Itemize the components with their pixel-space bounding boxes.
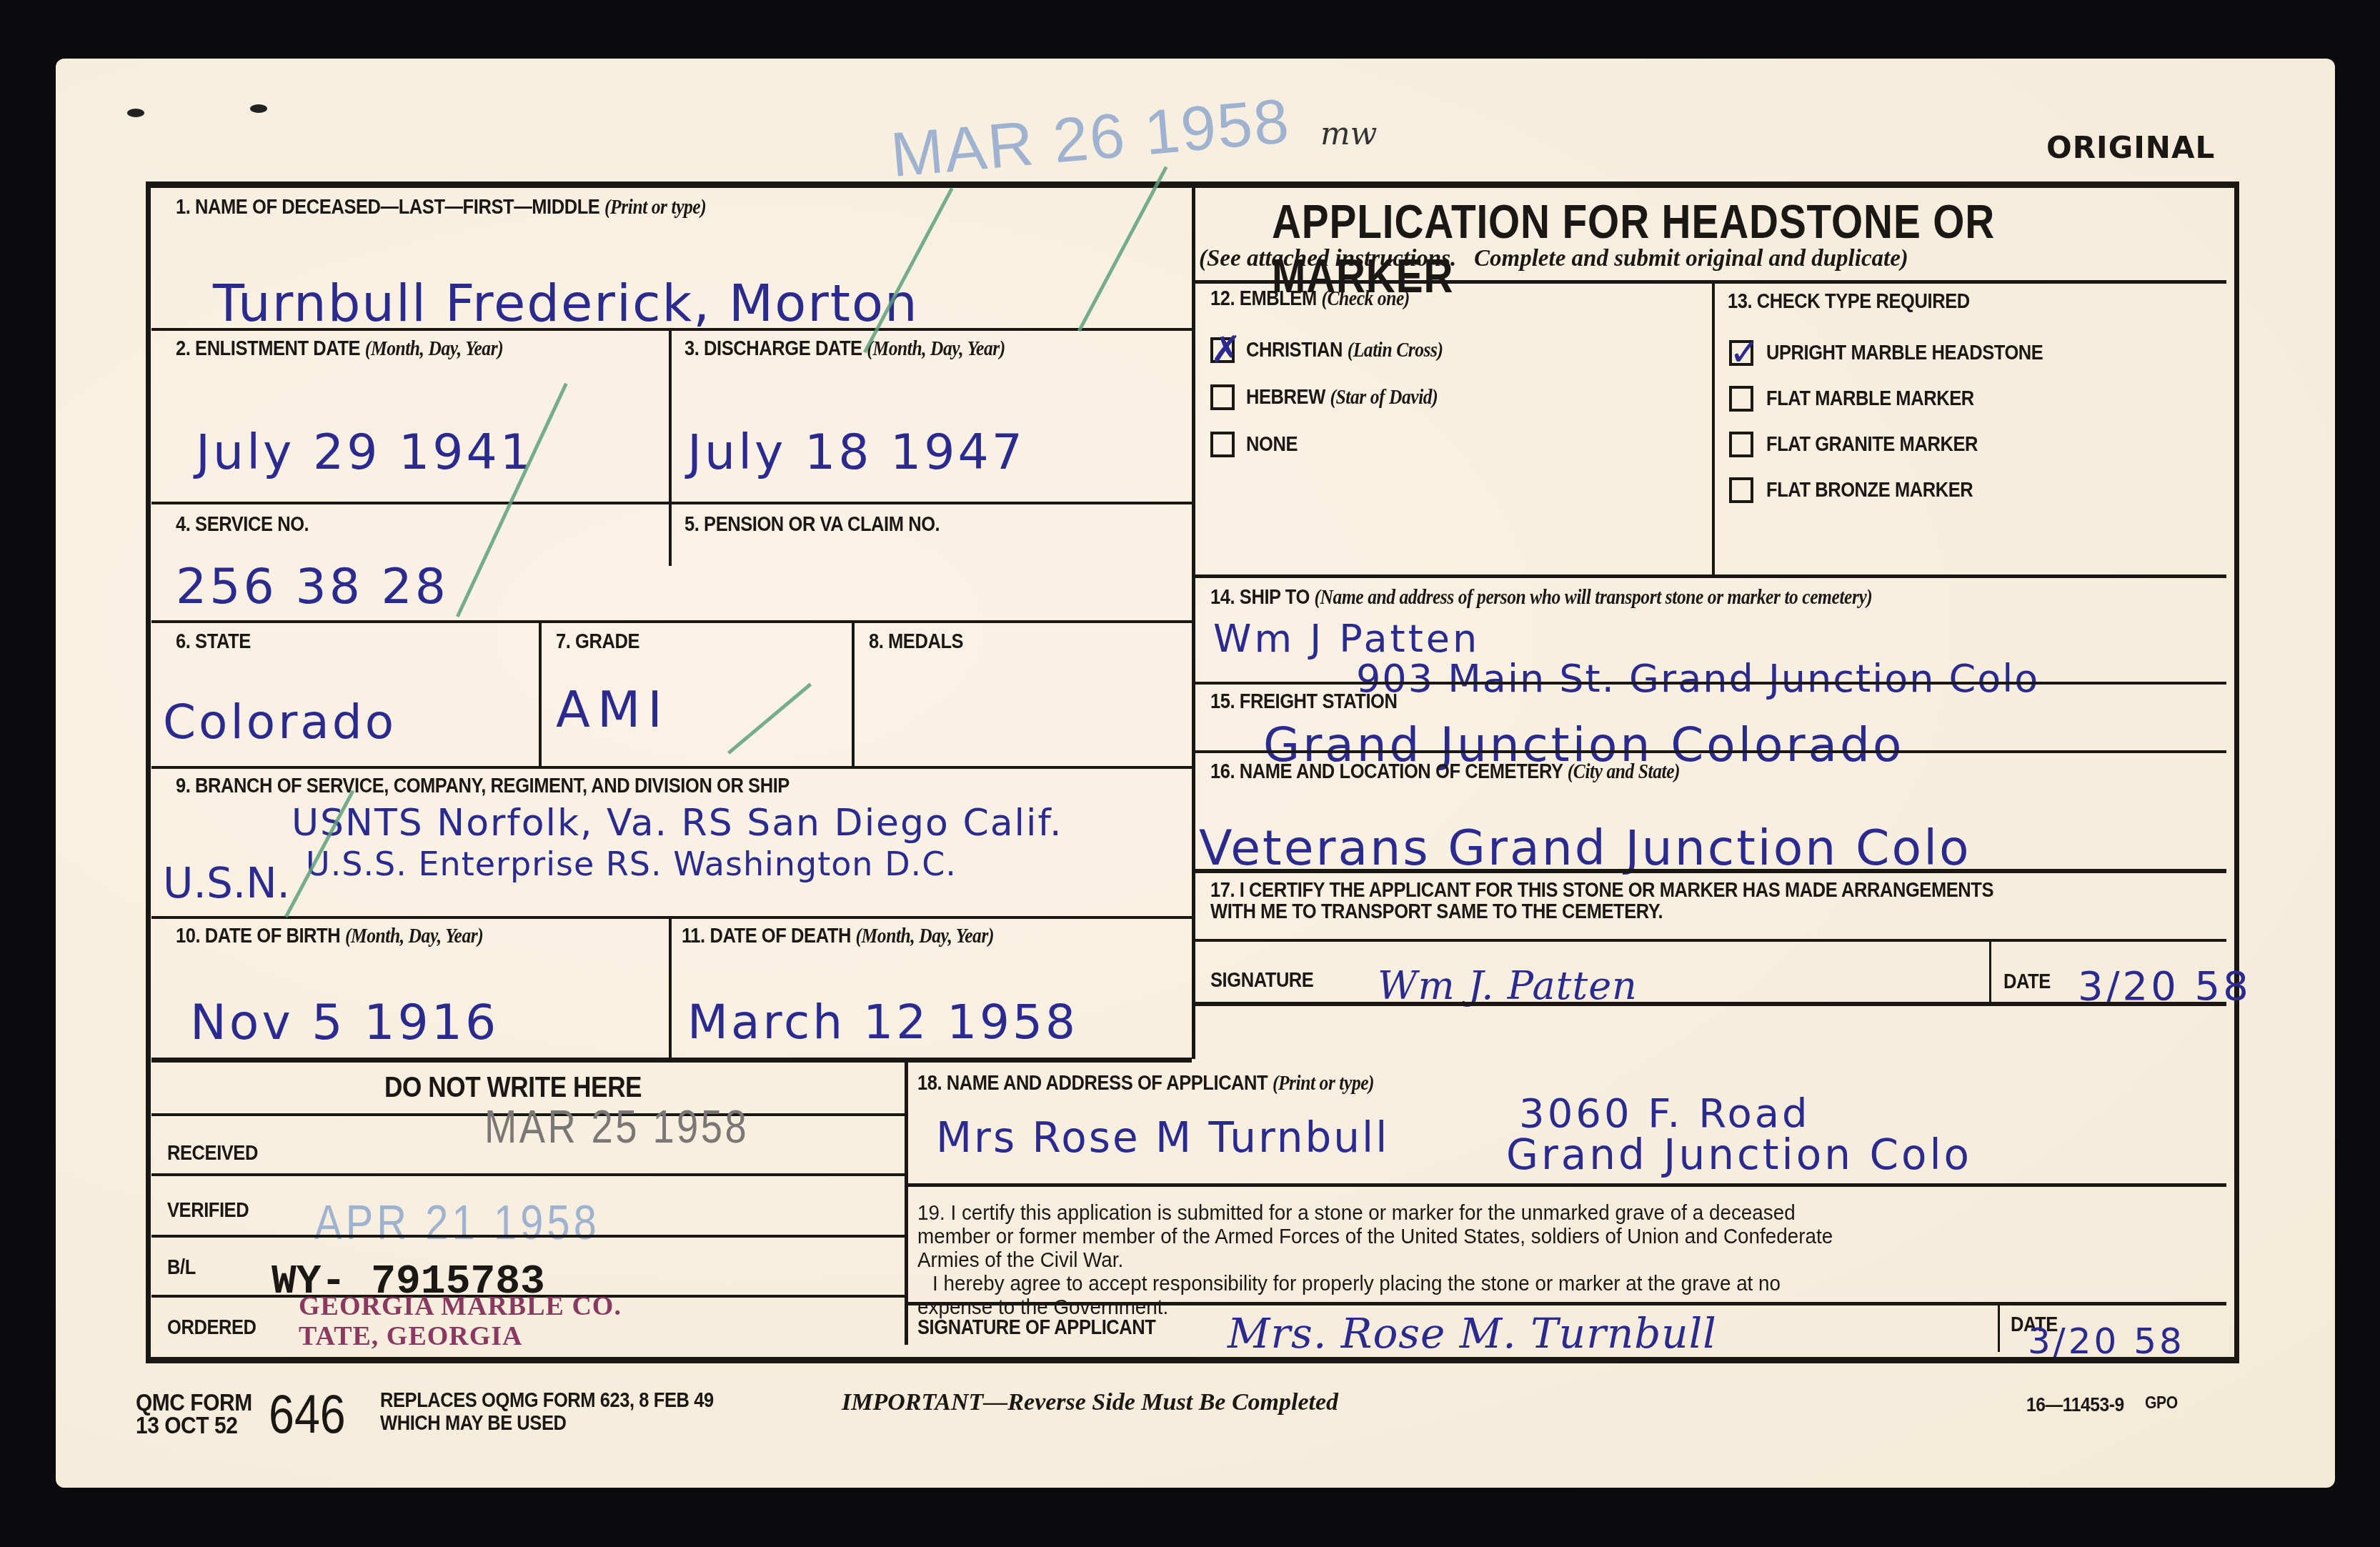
field-5-label: 5. PENSION OR VA CLAIM NO. [684, 513, 940, 537]
transporter-date-label: DATE [2003, 970, 2051, 994]
field-3-label: 3. DISCHARGE DATE (Month, Day, Year) [684, 337, 1005, 361]
form-number: 646 [269, 1383, 346, 1446]
branch-value-line-2: U.S.S. Enterprise RS. Washington D.C. [306, 845, 957, 883]
upright-marble-checkbox[interactable]: ✓ [1729, 340, 1753, 366]
field-7-label: 7. GRADE [556, 630, 639, 654]
field-4-label: 4. SERVICE NO. [176, 513, 309, 537]
applicant-date-value: 3/20 58 [2028, 1320, 2185, 1362]
form-code-line-2: 13 OCT 52 [136, 1412, 237, 1440]
verified-label: VERIFIED [167, 1199, 249, 1223]
printer-code: GPO [2145, 1393, 2178, 1413]
ordered-stamp-line-2: TATE, GEORGIA [299, 1320, 523, 1352]
state-value: Colorado [163, 695, 397, 750]
received-date-stamp: MAR 25 1958 [484, 1100, 749, 1153]
flat-bronze-checkbox[interactable] [1729, 477, 1753, 503]
form-subtitle: (See attached instructions. Complete and… [1199, 246, 1908, 272]
check-mark-icon: ✓ [1729, 334, 1761, 372]
branch-value-prefix: U.S.N. [163, 859, 290, 907]
ordered-label: ORDERED [167, 1316, 257, 1340]
ship-to-address-value: 903 Main St. Grand Junction Colo [1356, 656, 2039, 701]
field-18-label: 18. NAME AND ADDRESS OF APPLICANT (Print… [917, 1072, 1374, 1095]
field-2-label: 2. ENLISTMENT DATE (Month, Day, Year) [176, 337, 503, 361]
field-12-label: 12. EMBLEM (Check one) [1210, 287, 1410, 311]
flat-marble-checkbox[interactable] [1729, 386, 1753, 412]
ship-to-name-value: Wm J Patten [1213, 616, 1480, 661]
applicant-signature-label: SIGNATURE OF APPLICANT [917, 1316, 1155, 1340]
copy-label: ORIGINAL [2046, 130, 2215, 165]
field-16-label: 16. NAME AND LOCATION OF CEMETERY (City … [1210, 760, 1680, 784]
field-6-label: 6. STATE [176, 630, 251, 654]
x-mark-icon: ✗ [1210, 332, 1242, 369]
office-use-heading: DO NOT WRITE HERE [384, 1072, 642, 1104]
emblem-hebrew-checkbox[interactable] [1210, 384, 1235, 410]
ordered-stamp-line-1: GEORGIA MARBLE CO. [299, 1290, 622, 1322]
field-8-label: 8. MEDALS [869, 630, 963, 654]
initials-mark: mw [1320, 116, 1377, 152]
field-15-label: 15. FREIGHT STATION [1210, 690, 1398, 714]
hole-punch-mark [127, 109, 144, 117]
replaces-note-line-1: REPLACES OQMG FORM 623, 8 FEB 49 [380, 1389, 714, 1413]
emblem-none-checkbox[interactable] [1210, 432, 1235, 457]
emblem-christian-checkbox[interactable]: ✗ [1210, 337, 1235, 363]
column-divider [1192, 187, 1195, 1059]
branch-value-line-1: USNTS Norfolk, Va. RS San Diego Calif. [292, 802, 1063, 845]
certify-transport-line-2: WITH ME TO TRANSPORT SAME TO THE CEMETER… [1210, 900, 1663, 924]
death-date-value: March 12 1958 [687, 995, 1078, 1050]
service-number-value: 256 38 28 [176, 559, 449, 615]
field-13-label: 13. CHECK TYPE REQUIRED [1728, 290, 1970, 314]
bill-of-lading-label: B/L [167, 1256, 196, 1280]
enlistment-date-value: July 29 1941 [196, 424, 534, 481]
field-9-label: 9. BRANCH OF SERVICE, COMPANY, REGIMENT,… [176, 775, 790, 798]
flat-granite-checkbox[interactable] [1729, 432, 1753, 457]
field-14-label: 14. SHIP TO (Name and address of person … [1210, 586, 1872, 610]
applicant-address-line-2: Grand Junction Colo [1506, 1130, 1972, 1179]
birth-date-value: Nov 5 1916 [190, 995, 499, 1051]
deceased-name-value: Turnbull Frederick, Morton [213, 273, 919, 333]
received-date-stamp-top: MAR 26 1958 [888, 84, 1293, 191]
grade-value: AMI [556, 680, 669, 739]
replaces-note-line-2: WHICH MAY BE USED [380, 1412, 567, 1436]
field-1-label: 1. NAME OF DECEASED—LAST—FIRST—MIDDLE (P… [176, 196, 706, 219]
print-code: 16—11453-9 [2026, 1393, 2124, 1416]
applicant-signature-value: Mrs. Rose M. Turnbull [1228, 1309, 1717, 1358]
certify-transport-line-1: 17. I CERTIFY THE APPLICANT FOR THIS STO… [1210, 879, 1993, 902]
applicant-name-value: Mrs Rose M Turnbull [936, 1113, 1389, 1162]
important-note: IMPORTANT—Reverse Side Must Be Completed [842, 1389, 1338, 1416]
verified-date-stamp: APR 21 1958 [314, 1195, 600, 1250]
field-11-label: 11. DATE OF DEATH (Month, Day, Year) [682, 925, 994, 948]
transporter-signature-label: SIGNATURE [1210, 969, 1313, 993]
received-label: RECEIVED [167, 1142, 258, 1165]
field-10-label: 10. DATE OF BIRTH (Month, Day, Year) [176, 925, 483, 948]
headstone-application-card: MAR 26 1958 mw ORIGINAL 1. NAME OF DECEA… [56, 59, 2335, 1488]
discharge-date-value: July 18 1947 [687, 424, 1025, 481]
hole-punch-mark [250, 104, 267, 113]
